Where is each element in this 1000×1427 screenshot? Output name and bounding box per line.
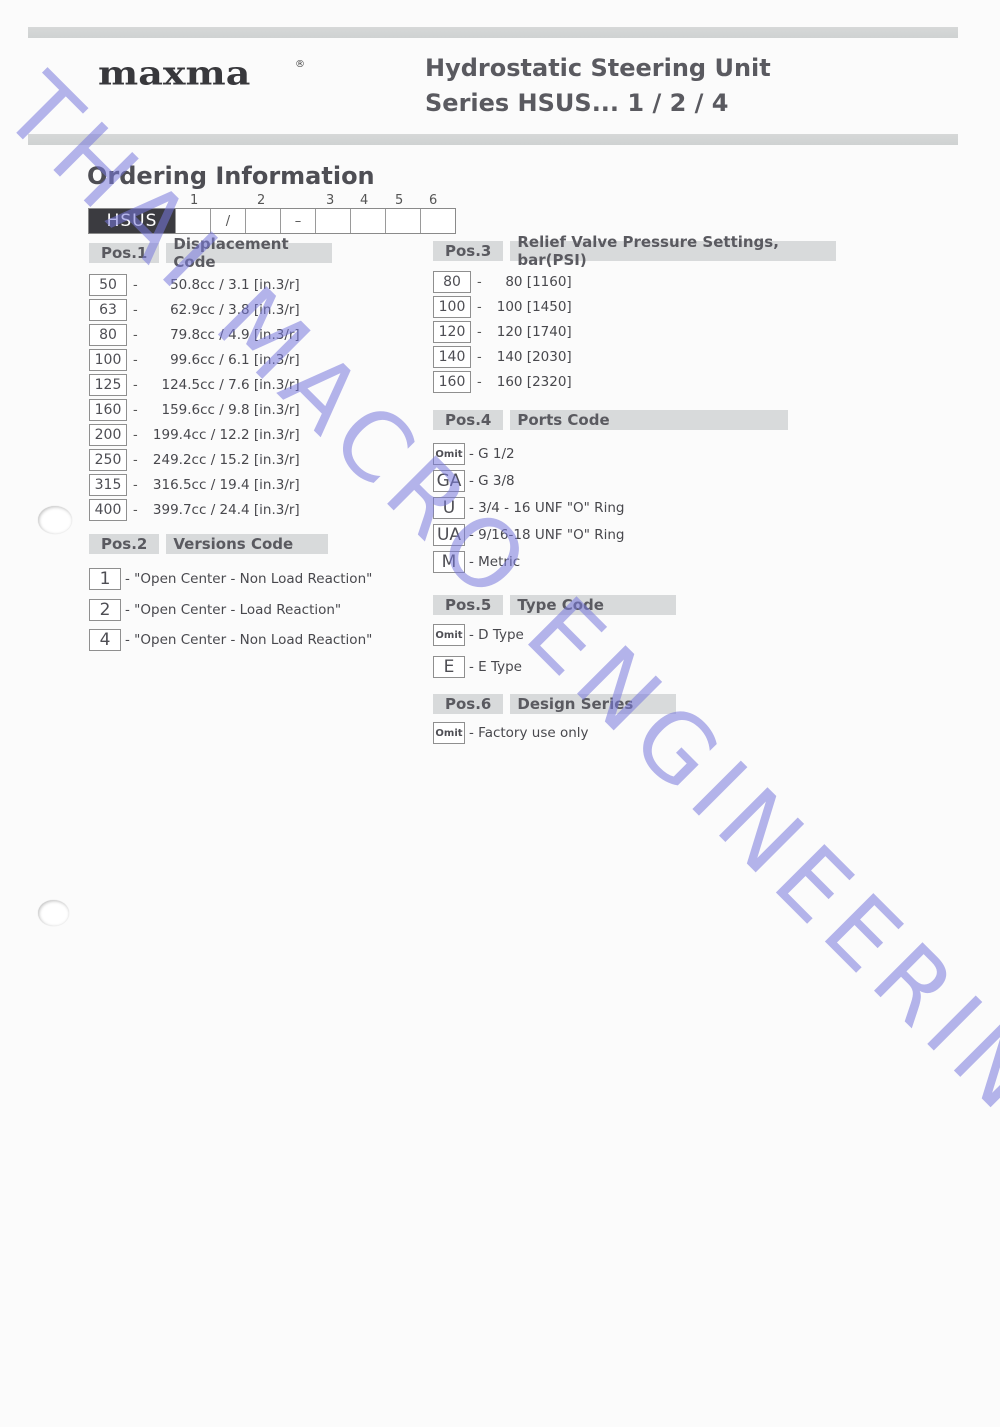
list-item: UA- 9/16-18 UNF "O" Ring [433,524,624,546]
code-description: 249.2cc / 15.2 [in.3/r] [148,452,300,468]
pos3-label: Pos.3 [433,241,503,261]
code-box: E [433,656,465,678]
list-item: 100-99.6cc / 6.1 [in.3/r] [89,349,300,371]
order-code-cell [420,209,455,233]
registered-mark: ® [295,59,305,70]
code-description: 80 [1160] [492,274,572,290]
list-item: 100-100 [1450] [433,296,572,318]
code-box: 400 [89,499,127,521]
pos2-label: Pos.2 [89,534,159,554]
list-item: 1- "Open Center - Non Load Reaction" [89,568,372,590]
order-code-separator: / [210,209,245,233]
code-description: 120 [1740] [492,324,572,340]
list-item: 80-79.8cc / 4.9 [in.3/r] [89,324,300,346]
header-divider-band [28,134,958,145]
list-item: 63-62.9cc / 3.8 [in.3/r] [89,299,300,321]
order-code-cell [385,209,420,233]
code-description: - 3/4 - 16 UNF "O" Ring [469,500,624,516]
code-box: 140 [433,346,471,368]
code-box: U [433,497,465,519]
list-item: 160-159.6cc / 9.8 [in.3/r] [89,399,300,421]
order-code-prefix: HSUS [89,209,175,233]
list-item: 160-160 [2320] [433,371,572,393]
code-description: 316.5cc / 19.4 [in.3/r] [148,477,300,493]
separator-dash: - [133,428,138,443]
list-item: Omit- Factory use only [433,722,589,744]
code-box: Omit [433,624,465,646]
pos4-title: Ports Code [510,410,788,430]
code-description: - D Type [469,627,524,643]
separator-dash: - [133,353,138,368]
pos6-label: Pos.6 [433,694,503,714]
separator-dash: - [477,350,482,365]
code-description: - "Open Center - Non Load Reaction" [125,571,372,587]
pos1-label: Pos.1 [89,243,159,263]
list-item: Omit- D Type [433,624,524,646]
code-description: - 9/16-18 UNF "O" Ring [469,527,624,543]
separator-dash: - [477,375,482,390]
list-item: 2- "Open Center - Load Reaction" [89,599,341,621]
list-item: E- E Type [433,656,522,678]
code-box: 120 [433,321,471,343]
list-item: GA- G 3/8 [433,470,515,492]
list-item: M- Metric [433,551,520,573]
pos1-header: Pos.1 Displacement Code [89,243,332,263]
list-item: 315-316.5cc / 19.4 [in.3/r] [89,474,300,496]
punch-hole [38,900,69,926]
list-item: U- 3/4 - 16 UNF "O" Ring [433,497,624,519]
code-description: 50.8cc / 3.1 [in.3/r] [148,277,300,293]
code-description: 160 [2320] [492,374,572,390]
list-item: 250-249.2cc / 15.2 [in.3/r] [89,449,300,471]
code-box: Omit [433,443,465,465]
list-item: 4- "Open Center - Non Load Reaction" [89,629,372,651]
code-box: 100 [433,296,471,318]
pos4-label: Pos.4 [433,410,503,430]
code-description: 199.4cc / 12.2 [in.3/r] [148,427,300,443]
code-description: - G 1/2 [469,446,515,462]
position-number: 1 [190,193,198,208]
document-subtitle: Series HSUS... 1 / 2 / 4 [425,89,728,117]
code-box: 1 [89,568,121,590]
order-code-strip: HSUS / – [88,208,456,234]
separator-dash: - [133,278,138,293]
code-description: 399.7cc / 24.4 [in.3/r] [148,502,300,518]
code-box: GA [433,470,465,492]
code-box: 160 [433,371,471,393]
document-title: Hydrostatic Steering Unit [425,54,771,82]
code-box: M [433,551,465,573]
code-box: 80 [433,271,471,293]
position-number: 5 [395,193,403,208]
separator-dash: - [133,303,138,318]
pos4-header: Pos.4 Ports Code [433,410,788,430]
top-divider-band [28,27,958,38]
pos6-header: Pos.6 Design Series [433,694,676,714]
code-description: 159.6cc / 9.8 [in.3/r] [148,402,300,418]
list-item: 200-199.4cc / 12.2 [in.3/r] [89,424,300,446]
position-number: 6 [429,193,437,208]
section-title: Ordering Information [87,162,375,190]
order-code-cell [350,209,385,233]
code-box: 63 [89,299,127,321]
pos5-title: Type Code [510,595,676,615]
list-item: 140-140 [2030] [433,346,572,368]
list-item: 50-50.8cc / 3.1 [in.3/r] [89,274,300,296]
code-box: 2 [89,599,121,621]
code-description: 100 [1450] [492,299,572,315]
list-item: 125-124.5cc / 7.6 [in.3/r] [89,374,300,396]
list-item: 120-120 [1740] [433,321,572,343]
code-box: 125 [89,374,127,396]
separator-dash: - [133,403,138,418]
separator-dash: - [477,275,482,290]
separator-dash: - [477,300,482,315]
code-description: - Factory use only [469,725,589,741]
code-description: - E Type [469,659,522,675]
code-box: 160 [89,399,127,421]
code-description: - G 3/8 [469,473,515,489]
brand-logo: maxma [98,60,250,87]
punch-hole [38,506,72,534]
list-item: 400-399.7cc / 24.4 [in.3/r] [89,499,300,521]
pos6-title: Design Series [510,694,676,714]
separator-dash: - [133,328,138,343]
code-box: 80 [89,324,127,346]
code-description: 124.5cc / 7.6 [in.3/r] [148,377,300,393]
order-code-cell [315,209,350,233]
pos5-header: Pos.5 Type Code [433,595,676,615]
position-number: 4 [360,193,368,208]
code-box: 100 [89,349,127,371]
pos5-label: Pos.5 [433,595,503,615]
separator-dash: - [133,453,138,468]
separator-dash: - [133,478,138,493]
pos3-header: Pos.3 Relief Valve Pressure Settings, ba… [433,241,836,261]
code-description: - Metric [469,554,520,570]
separator-dash: - [477,325,482,340]
pos1-title: Displacement Code [166,243,332,263]
code-box: 250 [89,449,127,471]
code-description: 140 [2030] [492,349,572,365]
code-description: - "Open Center - Load Reaction" [125,602,341,618]
pos2-title: Versions Code [166,534,328,554]
code-box: UA [433,524,465,546]
code-description: 99.6cc / 6.1 [in.3/r] [148,352,300,368]
order-code-cell [245,209,280,233]
code-box: Omit [433,722,465,744]
code-box: 315 [89,474,127,496]
code-description: 62.9cc / 3.8 [in.3/r] [148,302,300,318]
list-item: Omit- G 1/2 [433,443,515,465]
code-box: 4 [89,629,121,651]
code-description: - "Open Center - Non Load Reaction" [125,632,372,648]
list-item: 80-80 [1160] [433,271,572,293]
code-description: 79.8cc / 4.9 [in.3/r] [148,327,300,343]
position-number: 3 [326,193,334,208]
separator-dash: - [133,378,138,393]
order-code-cell [175,209,210,233]
code-box: 50 [89,274,127,296]
order-code-separator: – [280,209,315,233]
pos2-header: Pos.2 Versions Code [89,534,328,554]
position-number: 2 [257,193,265,208]
separator-dash: - [133,503,138,518]
code-box: 200 [89,424,127,446]
pos3-title: Relief Valve Pressure Settings, bar(PSI) [510,241,836,261]
